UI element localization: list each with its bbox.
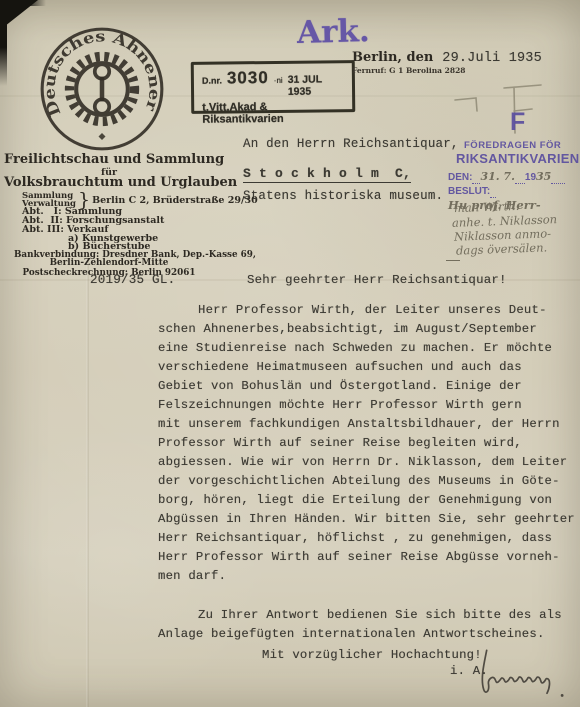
rod-glyph [100, 77, 105, 102]
dateline: Berlin, den 29.Juli 1935 [352, 48, 542, 66]
body-line: eine Studienreise nach Schweden zu mache… [158, 341, 572, 360]
letterhead-street-address: Berlin C 2, Brüderstraße 29/30 [92, 195, 258, 206]
dnr-label: D.nr. [202, 76, 222, 86]
reference-number: 2019/35 GL. [90, 273, 175, 287]
recipient-line1: An den Herrn Reichsantiquar, [243, 137, 459, 151]
dateline-phone: Fernruf: G 1 Berolina 2828 [352, 66, 466, 75]
dnr-number: 3030 [227, 68, 269, 88]
body-line: der vorgeschichtlichen Abteilung des Mus… [158, 474, 572, 493]
body-line: verschiedene Heimatmuseen aufsuchen und … [158, 360, 572, 379]
year-printed: 19 [525, 172, 536, 183]
body-line: Professor Wirth auf seiner Reise begleit… [158, 436, 572, 455]
registry-den-row: DEN: 31. 7. 1935 [448, 170, 565, 184]
body-line: Zu Ihrer Antwort bedienen Sie sich bitte… [158, 608, 572, 627]
salutation: Sehr geehrter Herr Reichsantiquar! [247, 273, 507, 287]
body-line: Abgüssen in Ihren Händen. Wir bitten Sie… [158, 512, 572, 531]
dnr-date: 31 JUL 1935 [288, 73, 347, 98]
body-line: Herr Reichsantiquar, höflichst , zu gene… [158, 531, 572, 550]
body-paragraph-2: Zu Ihrer Antwort bedienen Sie sich bitte… [158, 608, 572, 646]
recipient-line3: Statens historiska museum. [243, 189, 443, 203]
beslut-label: BESLUT: [448, 186, 490, 197]
registry-stamp: F FÖREDRAGEN FÖR RIKSANTIKVARIEN DEN: 31… [440, 108, 580, 258]
den-handwritten: 31. 7. [480, 170, 514, 183]
letterhead-title-line3: Volksbrauchtum und Urglauben [4, 175, 214, 190]
body-line: Anlage beigefügten internationalen Antwo… [158, 627, 572, 646]
registry-line2: RIKSANTIKVARIEN [456, 151, 579, 166]
archive-mark-handwritten: Ark. [297, 13, 371, 51]
body-line: mit unserem fachkundigen Anstaltsbildhau… [158, 417, 572, 436]
dateline-date: 29.Juli 1935 [442, 51, 542, 66]
body-line: schen Ahnenerbes,beabsichtigt, im August… [158, 322, 572, 341]
emblem-ring-text: Deutsches Ahnenerbe [38, 25, 164, 119]
scanned-letter-page: Deutsches Ahnenerbe Freilichtschau und S… [0, 0, 580, 707]
scan-edge-shadow-left [0, 0, 7, 86]
registry-initial: F [510, 108, 525, 137]
dnr-org-line: t.Vitt.Akad & Riksantikvarien [202, 100, 346, 126]
dateline-place: Berlin, den [352, 50, 438, 65]
pencil-underline [446, 260, 460, 261]
body-line: Felszeichnungen möchte Herr Professor Wi… [158, 398, 572, 417]
scan-edge-shadow-top [0, 0, 46, 6]
dnr-infix: ·ni [274, 76, 283, 85]
den-label: DEN: [448, 172, 472, 183]
body-line: men darf. [158, 569, 572, 588]
star-dot-icon [98, 133, 105, 140]
receipt-stamp-box: D.nr. 3030 ·ni 31 JUL 1935 t.Vitt.Akad &… [191, 60, 356, 114]
note-line-4: dags översälen. [456, 240, 548, 257]
ahnenerbe-emblem: Deutsches Ahnenerbe [38, 25, 166, 153]
letterhead-bank-line2: Berlin-Zehlendorf-Mitte [4, 258, 214, 268]
signature [458, 645, 573, 705]
year-handwritten: 35 [536, 170, 551, 183]
body-line: Herr Professor Wirth auf seiner Reise Ab… [158, 550, 572, 569]
body-line: Herr Professor Wirth, der Leiter unseres… [158, 303, 572, 322]
body-line: abgiessen. Wie wir von Herrn Dr. Niklass… [158, 455, 572, 474]
paper-fold-vertical [86, 258, 89, 707]
note-line-1: man Wirth. [454, 199, 520, 215]
registry-line1: FÖREDRAGEN FÖR [464, 140, 561, 151]
letterhead-title-line1: Freilichtschau und Sammlung [4, 152, 214, 167]
body-line: Gebiet von Bohuslän und Östergotland. Ei… [158, 379, 572, 398]
body-paragraph-1: Herr Professor Wirth, der Leiter unseres… [158, 303, 572, 588]
recipient-city: S t o c k h o l m C, [243, 166, 411, 183]
body-line: borg, hören, liegt die Erteilung der Gen… [158, 493, 572, 512]
closing-salute: Mit vorzüglicher Hochachtung! [262, 648, 482, 662]
